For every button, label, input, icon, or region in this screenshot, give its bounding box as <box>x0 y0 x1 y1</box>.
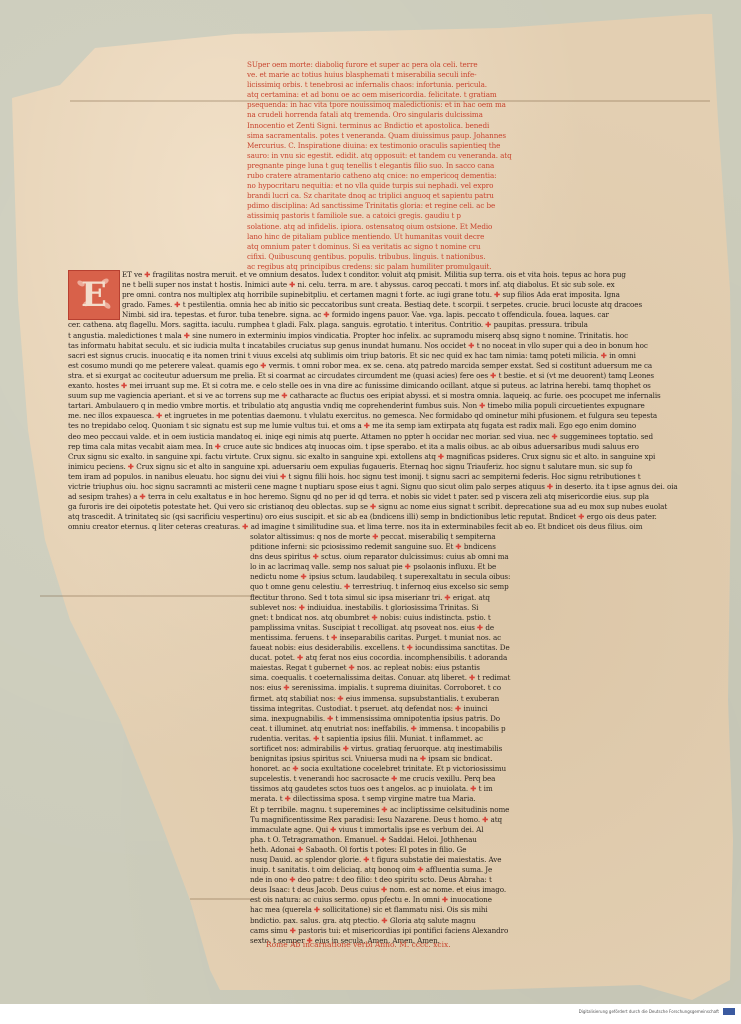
text-line: cifixi. Quibuscunq gentibus. populis. tr… <box>247 252 530 262</box>
text-line: no hypocritaru nequitia: et no vlla quid… <box>247 181 530 191</box>
red-cross-icon: ✚ <box>411 724 419 733</box>
text-line: psequenda: in hac vita tpore nouissimoq … <box>247 100 530 110</box>
text-line: immaculate agne. Qui ✚ viuus t immortali… <box>250 825 512 835</box>
text-line: rubo cratere atramentario catheno atq cn… <box>247 171 530 181</box>
text-line: ducat. potet. ✚ atq ferat nos eius cocor… <box>250 653 512 663</box>
red-cross-icon: ✚ <box>344 582 352 591</box>
text-line: inimicu peciens. ✚ Crux signu sic et alt… <box>68 462 718 472</box>
text-line: sima. inexpugnabilis. ✚ t immensissima o… <box>250 714 512 724</box>
text-line: grado. Fames. ✚ t pestilentia. omnia hec… <box>68 300 718 310</box>
text-line: ad sesipm trahes) a ✚ terra in celu exal… <box>68 492 718 502</box>
text-line: tartari. Ambulauero q in medio vmbre mor… <box>68 401 718 411</box>
text-line: faueat nobis: eius desiderabilis. excell… <box>250 643 512 653</box>
red-cross-icon: ✚ <box>121 381 129 390</box>
rubricated-preface: SUper oem morte: diaboliq furore et supe… <box>247 60 530 272</box>
text-line: rep tima cala mitas vecabit aiam mea. In… <box>68 442 718 452</box>
red-cross-icon: ✚ <box>331 633 339 642</box>
red-cross-icon: ✚ <box>299 603 307 612</box>
red-cross-icon: ✚ <box>494 290 502 299</box>
text-line: deus Isaac: t deus Jacob. Deus cuius ✚ n… <box>250 885 512 895</box>
text-line: bndictio. pax. salus. gra. atq ptectio. … <box>250 916 512 926</box>
red-cross-icon: ✚ <box>128 462 136 471</box>
text-line: supcelestis. t venerandi hoc sacrosacte … <box>250 774 512 784</box>
fold-line <box>40 595 260 597</box>
red-cross-icon: ✚ <box>477 623 485 632</box>
text-line: sima. coequalis. t coeternalissima deita… <box>250 673 512 683</box>
red-cross-icon: ✚ <box>330 825 338 834</box>
text-line: ET ve ✚ fragilitas nostra meruit. et ve … <box>68 270 718 280</box>
red-cross-icon: ✚ <box>343 744 351 753</box>
text-line: pha. t O. Tetragramathon. Emanuel. ✚ Sad… <box>250 835 512 845</box>
text-line: rudentia. veritas. ✚ t sapientia ipsius … <box>250 734 512 744</box>
text-line: na crudeli horrenda fatali atq tremenda.… <box>247 110 530 120</box>
red-cross-icon: ✚ <box>372 532 380 541</box>
text-line: atissimiq pastoris t familiole sue. a ca… <box>247 211 530 221</box>
red-cross-icon: ✚ <box>391 774 399 783</box>
text-line: SUper oem morte: diaboliq furore et supe… <box>247 60 530 70</box>
text-line: ve. et marie ac totius huius blasphemati… <box>247 70 530 80</box>
text-line: brandi lucri ca. Sz charitate dnoq ac tr… <box>247 191 530 201</box>
text-line: cer. cathena. atq flagellu. Mors. sagitt… <box>68 320 718 330</box>
red-cross-icon: ✚ <box>364 421 372 430</box>
red-cross-icon: ✚ <box>420 754 428 763</box>
text-line: lano hinc de pitaliam publice mentiendo.… <box>247 232 530 242</box>
red-cross-icon: ✚ <box>327 714 335 723</box>
red-cross-icon: ✚ <box>482 815 490 824</box>
text-line: est ois natura: ac cuius sermo. opus pfe… <box>250 895 512 905</box>
red-cross-icon: ✚ <box>485 320 493 329</box>
text-line: suum sup me vagiencia aperiant. et si ve… <box>68 391 718 401</box>
red-cross-icon: ✚ <box>381 885 389 894</box>
red-cross-icon: ✚ <box>289 280 297 289</box>
red-cross-icon: ✚ <box>140 492 148 501</box>
text-line: maiestas. Regat t gubernet ✚ nos. ac rep… <box>250 663 512 673</box>
text-line: sacri est signus crucis. inuocatiq e ita… <box>68 351 718 361</box>
text-line: benignitas ipsius spiritus sci. Vniuersa… <box>250 754 512 764</box>
red-cross-icon: ✚ <box>174 300 182 309</box>
red-cross-icon: ✚ <box>144 270 152 279</box>
red-cross-icon: ✚ <box>281 391 289 400</box>
text-line: atq omnium pater t dominus. Si ea verita… <box>247 242 530 252</box>
text-line: licissimiq orbis. t tenebrosi ac inferna… <box>247 80 530 90</box>
text-line: pdimo disciplina: Ad sanctissime Trinita… <box>247 201 530 211</box>
text-line: Innocentio et Zenti Signi. terminus ac B… <box>247 121 530 131</box>
text-line: pamplissima vnitas. Suscipiat t recollig… <box>250 623 512 633</box>
text-line: me. nec illos expauesca. ✚ et ingruetes … <box>68 411 718 421</box>
red-cross-icon: ✚ <box>314 905 322 914</box>
red-cross-icon: ✚ <box>260 361 268 370</box>
red-cross-icon: ✚ <box>313 734 321 743</box>
text-line: cams simu ✚ pastoris tui: et misericordi… <box>250 926 512 936</box>
text-line: atq trascedit. A trinitateq sic (qsi sac… <box>68 512 718 522</box>
red-cross-icon: ✚ <box>601 351 609 360</box>
text-line: solator altissimus: q nos de morte ✚ pec… <box>250 532 512 542</box>
text-line: ceat. t illuminet. atq enutriat nos: ine… <box>250 724 512 734</box>
red-cross-icon: ✚ <box>445 593 453 602</box>
red-cross-icon: ✚ <box>184 331 192 340</box>
red-cross-icon: ✚ <box>370 502 378 511</box>
text-line: t angustia. maledictiones t mala ✚ sine … <box>68 331 718 341</box>
initial-letter: E <box>81 275 107 315</box>
red-cross-icon: ✚ <box>456 542 464 551</box>
text-line: tas informatu habitat seculu. et sic iud… <box>68 341 718 351</box>
text-line: victrie triuphus oiu. hoc signu sacramnt… <box>68 482 718 492</box>
text-line: Crux signu sic exalto. in sanguine xpi. … <box>68 452 718 462</box>
red-cross-icon: ✚ <box>470 784 478 793</box>
text-line: sima sacramentalis. potes t veneranda. Q… <box>247 131 530 141</box>
text-line: quo t omne genu celestiu. ✚ terrestriuq.… <box>250 582 512 592</box>
text-line: solatione. atq ad infidelis. ipiora. ost… <box>247 222 530 232</box>
colophon: Rome Ab incarnatione verbi Anno. M. cccc… <box>266 940 451 949</box>
text-line: nusq Dauid. ac splendor glorie. ✚ t figu… <box>250 855 512 865</box>
text-line: Nimbi. sid ira. tepestas. et furor. tuba… <box>68 310 718 320</box>
text-line: sortificet nos: admirabilis ✚ virtus. gr… <box>250 744 512 754</box>
text-line: mentissima. feruens. t ✚ inseparabilis c… <box>250 633 512 643</box>
red-cross-icon: ✚ <box>280 472 288 481</box>
red-cross-icon: ✚ <box>469 673 477 682</box>
red-cross-icon: ✚ <box>297 653 305 662</box>
red-cross-icon: ✚ <box>349 663 357 672</box>
red-cross-icon: ✚ <box>313 552 321 561</box>
text-line: sublevet nos: ✚ indiuidua. inestabilis. … <box>250 603 512 613</box>
text-line: gnet: t bndicat nos. atq obumbret ✚ nobi… <box>250 613 512 623</box>
text-line: tes no trepidabo celoq. Quoniam t sic si… <box>68 421 718 431</box>
text-line: atq certamina: et ad bonu oe ac oem mise… <box>247 90 530 100</box>
text-line: Et p terribile. magnu. t superemines ✚ a… <box>250 805 512 815</box>
red-cross-icon: ✚ <box>490 371 498 380</box>
text-line: nos: eius ✚ serenissima. impialis. t sup… <box>250 683 512 693</box>
text-line: Tu magnificentissime Rex paradisi: Iesu … <box>250 815 512 825</box>
footer-bar <box>0 1004 741 1024</box>
red-cross-icon: ✚ <box>407 643 415 652</box>
red-cross-icon: ✚ <box>289 875 297 884</box>
text-line: ne t belli super nos instat t hostis. In… <box>68 280 718 290</box>
fold-line <box>190 898 250 900</box>
text-line: pre omni. contra nos multiplex atq horri… <box>68 290 718 300</box>
red-cross-icon: ✚ <box>284 683 292 692</box>
body-text-column: solator altissimus: q nos de morte ✚ pec… <box>250 532 512 946</box>
dfg-logo-icon <box>723 1008 735 1015</box>
red-cross-icon: ✚ <box>382 916 390 925</box>
red-cross-icon: ✚ <box>417 865 425 874</box>
text-line: inuip. t sanitatis. t oim deliciaq. atq … <box>250 865 512 875</box>
text-line: nde in ono ✚ deo patre: t deo filio: t d… <box>250 875 512 885</box>
body-text-wide: ET ve ✚ fragilitas nostra meruit. et ve … <box>68 270 718 532</box>
text-line: pregnante pinge luna t guq tenellis t el… <box>247 161 530 171</box>
red-cross-icon: ✚ <box>215 442 223 451</box>
red-cross-icon: ✚ <box>552 432 560 441</box>
text-line: flectitur throno. Sed t tota simul sic i… <box>250 593 512 603</box>
red-cross-icon: ✚ <box>380 835 388 844</box>
text-line: nedictu nome ✚ ipsius sctum. laudabileq.… <box>250 572 512 582</box>
red-cross-icon: ✚ <box>438 452 446 461</box>
text-line: sauro: in vnu sic egestit. edidit. atq o… <box>247 151 530 161</box>
text-line: exanto. hostes ✚ mei irruant sup me. Et … <box>68 381 718 391</box>
text-line: firmet. atq stabiliat nos: ✚ eius immens… <box>250 694 512 704</box>
red-cross-icon: ✚ <box>455 704 463 713</box>
text-line: stra. et si exurgat ac cociteutur aduers… <box>68 371 718 381</box>
text-line: omniu creator eternus. q liter ceteras c… <box>68 522 718 532</box>
red-cross-icon: ✚ <box>337 694 345 703</box>
red-cross-icon: ✚ <box>479 401 487 410</box>
red-cross-icon: ✚ <box>323 310 331 319</box>
red-cross-icon: ✚ <box>290 926 298 935</box>
text-line: hac mea (querela ✚ sollicitatione) sic e… <box>250 905 512 915</box>
red-cross-icon: ✚ <box>405 562 413 571</box>
text-line: lo in ac lacrimaq valle. semp nos saluat… <box>250 562 512 572</box>
text-line: ga furoris ire dei oipotetis potestate h… <box>68 502 718 512</box>
red-cross-icon: ✚ <box>297 845 305 854</box>
digitization-credit: Digitalisierung gefördert durch die Deut… <box>579 1009 719 1014</box>
red-cross-icon: ✚ <box>372 613 380 622</box>
text-line: pditione inferni: sic pciosissimo redemi… <box>250 542 512 552</box>
red-cross-icon: ✚ <box>242 522 250 531</box>
text-line: dns deus spiritus ✚ sctus. oium reparato… <box>250 552 512 562</box>
red-cross-icon: ✚ <box>363 855 371 864</box>
text-line: est cosumo mundi qo me peterere valeat. … <box>68 361 718 371</box>
red-cross-icon: ✚ <box>156 411 164 420</box>
red-cross-icon: ✚ <box>285 794 293 803</box>
red-cross-icon: ✚ <box>547 482 555 491</box>
red-cross-icon: ✚ <box>292 764 300 773</box>
text-line: deo meo peccaui valde. et in oem iustici… <box>68 432 718 442</box>
red-cross-icon: ✚ <box>301 572 309 581</box>
red-cross-icon: ✚ <box>442 895 450 904</box>
text-line: tissima integritas. Custodiat. t pseruet… <box>250 704 512 714</box>
text-line: merata. t ✚ dilectissima sposa. t semp v… <box>250 794 512 804</box>
red-cross-icon: ✚ <box>578 512 586 521</box>
red-cross-icon: ✚ <box>468 341 476 350</box>
text-line: tem iram ad populos. in nanibus eleuatu.… <box>68 472 718 482</box>
red-cross-icon: ✚ <box>382 805 390 814</box>
text-line: honoret. ac ✚ socia exultatione cocelebr… <box>250 764 512 774</box>
text-line: heth. Adonai ✚ Sabaoth. Ol fortis t pote… <box>250 845 512 855</box>
text-line: tissimos atq gaudetes sctos tuos oes t a… <box>250 784 512 794</box>
text-line: Mercurius. C. Inspiratione diuina: ex te… <box>247 141 530 151</box>
